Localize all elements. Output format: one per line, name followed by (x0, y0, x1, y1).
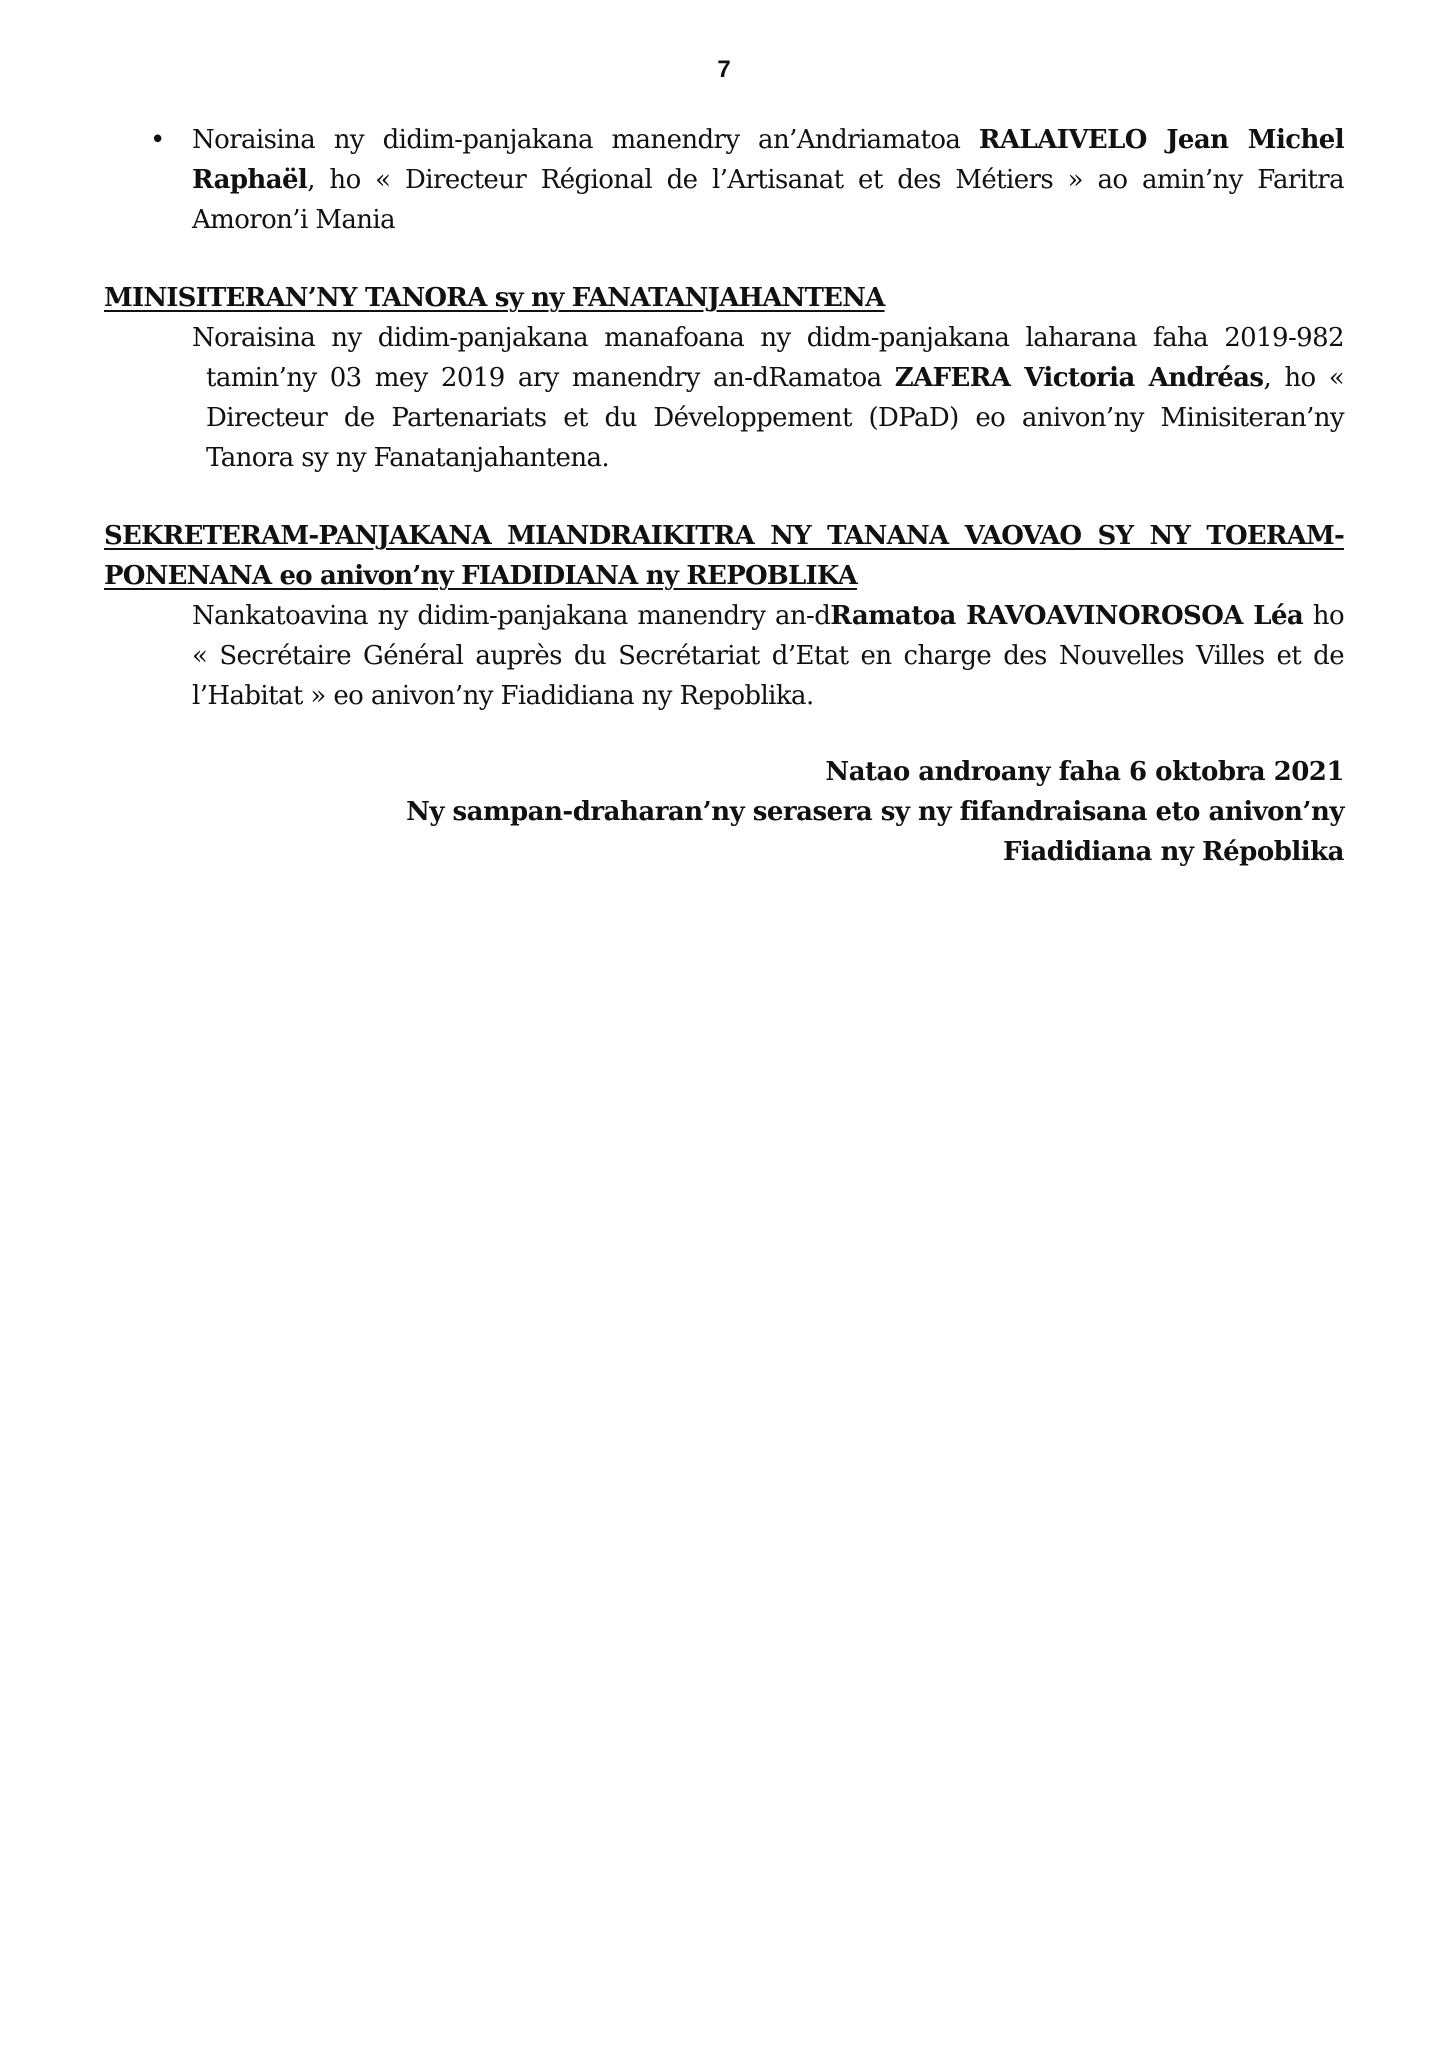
section-body: Noraisina ny didim-panjakana manafoana n… (104, 318, 1344, 478)
appointee-name: ZAFERA Victoria Andréas (895, 363, 1264, 393)
signature-date: Natao androany faha 6 oktobra 2021 (104, 752, 1344, 792)
item-text-before: Noraisina ny didim-panjakana manendry an… (192, 125, 979, 155)
section-secretariat-new-cities: SEKRETERAM-PANJAKANA MIANDRAIKITRA NY TA… (104, 516, 1344, 716)
appointee-name: Ramatoa RAVOAVINOROSOA Léa (830, 601, 1303, 631)
bullet-dot-icon: • (150, 120, 165, 160)
page-number: 7 (0, 56, 1448, 84)
signature-office: Ny sampan-draharan’ny serasera sy ny fif… (104, 792, 1344, 832)
section-heading: SEKRETERAM-PANJAKANA MIANDRAIKITRA NY TA… (104, 516, 1344, 596)
section-body: Nankatoavina ny didim-panjakana manendry… (104, 596, 1344, 716)
list-item-ralaivelo: • Noraisina ny didim-panjakana manendry … (104, 120, 1344, 240)
section-heading: MINISITERAN’NY TANORA sy ny FANATANJAHAN… (104, 278, 1344, 318)
section-ministry-youth-sports: MINISITERAN’NY TANORA sy ny FANATANJAHAN… (104, 278, 1344, 478)
signature-block: Natao androany faha 6 oktobra 2021 Ny sa… (104, 752, 1344, 872)
signature-office-cont: Fiadidiana ny Répoblika (104, 832, 1344, 872)
document-body: • Noraisina ny didim-panjakana manendry … (104, 120, 1344, 872)
item-text-after: , ho « Directeur Régional de l’Artisanat… (192, 165, 1344, 235)
body-text-before: Nankatoavina ny didim-panjakana manendry… (192, 601, 830, 631)
